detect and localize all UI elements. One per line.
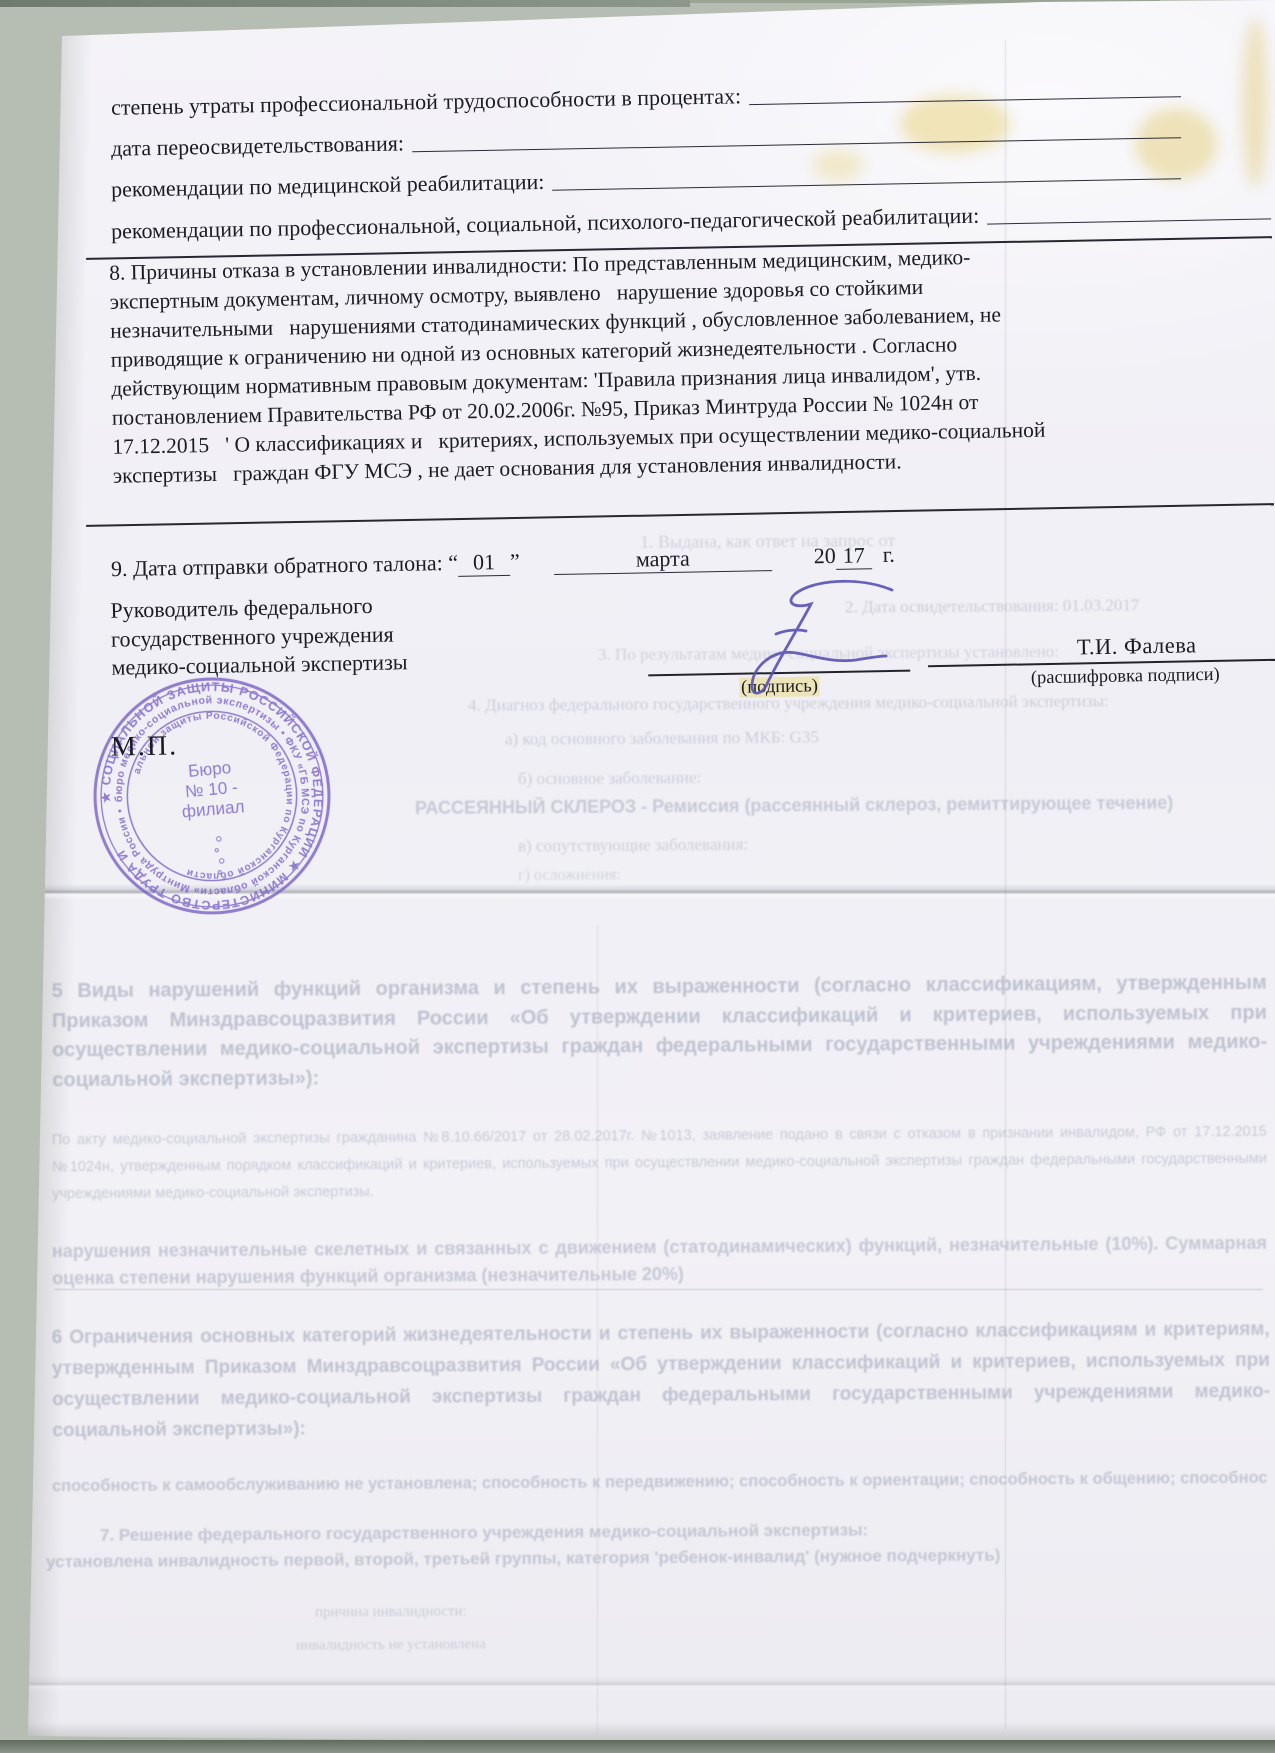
blank-ruled-line bbox=[552, 178, 1181, 191]
date-line-prefix: 9. Дата отправки обратного талона: “ bbox=[111, 550, 458, 581]
bleedthrough-paragraph: нарушения незначительные скелетных и свя… bbox=[52, 1230, 1267, 1292]
bleedthrough-line: 7. Решение федерального государственного… bbox=[100, 1518, 1180, 1546]
bleedthrough-paragraph: По акту медико-социальной экспертизы гра… bbox=[52, 1119, 1268, 1208]
stamp-center-dots bbox=[214, 836, 225, 874]
field-row-prof-rehab: рекомендации по профессиональной, социал… bbox=[111, 196, 1271, 244]
seal-place-mark: М.П. bbox=[111, 730, 179, 763]
bleedthrough-line: б) основное заболевание: bbox=[518, 767, 858, 789]
name-line-group: Т.И. Фалева (расшифровка подписи) bbox=[928, 631, 1275, 691]
section-8-refusal-reasons: 8. Причины отказа в установлении инвалид… bbox=[109, 241, 1075, 491]
scanner-bed-top-strip bbox=[0, 0, 690, 7]
bleedthrough-line: а) код основного заболевания по МКБ: G35 bbox=[505, 726, 965, 749]
month-value: марта bbox=[554, 544, 772, 575]
year-prefix: 20 bbox=[814, 543, 836, 568]
bleedthrough-line: способность к самообслуживанию не устано… bbox=[52, 1469, 1267, 1496]
bleedthrough-line: установлена инвалидность первой, второй,… bbox=[46, 1544, 1271, 1573]
blank-ruled-line bbox=[749, 96, 1181, 105]
field-label: рекомендации по профессиональной, социал… bbox=[111, 202, 980, 245]
bleedthrough-line: 2. Дата освидетельствования: 01.03.2017 bbox=[845, 595, 1265, 618]
blank-ruled-line bbox=[412, 137, 1181, 152]
bleedthrough-line: причина инвалидности: bbox=[315, 1602, 735, 1622]
field-row-loss-degree: степень утраты профессиональной трудоспо… bbox=[111, 74, 1181, 121]
bleedthrough-rule bbox=[55, 1289, 1263, 1290]
year-suffix: г. bbox=[883, 542, 896, 567]
field-row-medical-rehab: рекомендации по медицинской реабилитации… bbox=[111, 156, 1181, 203]
bleedthrough-line: в) сопутствующие заболевания: bbox=[518, 834, 898, 857]
bleedthrough-line: инвалидность не установлена bbox=[296, 1634, 756, 1654]
close-quote: ” bbox=[510, 549, 520, 574]
stamp-center-line3: филиал bbox=[181, 796, 245, 821]
paper-sheet: 1. Выдана, как ответ на запрос от 2. Дат… bbox=[0, 0, 1275, 1753]
yellow-stain bbox=[1242, 18, 1268, 188]
name-caption: (расшифровка подписи) bbox=[928, 661, 1275, 691]
bleedthrough-line: РАССЕЯННЫЙ СКЛЕРОЗ - Ремиссия (рассеянны… bbox=[415, 792, 1275, 819]
year-value: 17 bbox=[836, 542, 872, 570]
fold-crease bbox=[0, 1676, 1275, 1692]
official-round-stamp: ★ СОЦИАЛЬНОЙ ЗАЩИТЫ РОССИЙСКОЙ ФЕДЕРАЦИИ… bbox=[75, 659, 348, 932]
day-value: 01 bbox=[458, 549, 510, 577]
blank-ruled-line bbox=[987, 218, 1271, 224]
scanned-document-page: { "doc": { "fields": [ { "label": "степе… bbox=[0, 0, 1275, 1753]
field-row-reexam-date: дата переосвидетельствования: bbox=[111, 115, 1181, 162]
field-label: степень утраты профессиональной трудоспо… bbox=[111, 82, 741, 121]
field-label: дата переосвидетельствования: bbox=[111, 129, 404, 161]
field-label: рекомендации по медицинской реабилитации… bbox=[111, 168, 545, 203]
bleedthrough-paragraph: 5 Виды нарушений функций организма и сте… bbox=[52, 969, 1268, 1095]
signer-name: Т.И. Фалева bbox=[928, 631, 1275, 663]
ruled-line bbox=[86, 503, 1274, 527]
bleedthrough-paragraph: 6 Ограничения основных категорий жизнеде… bbox=[52, 1314, 1271, 1447]
handwritten-signature bbox=[706, 574, 906, 704]
bleedthrough-line: г) осложнения: bbox=[518, 865, 778, 885]
scanner-bed-bottom-strip bbox=[0, 1740, 1275, 1753]
